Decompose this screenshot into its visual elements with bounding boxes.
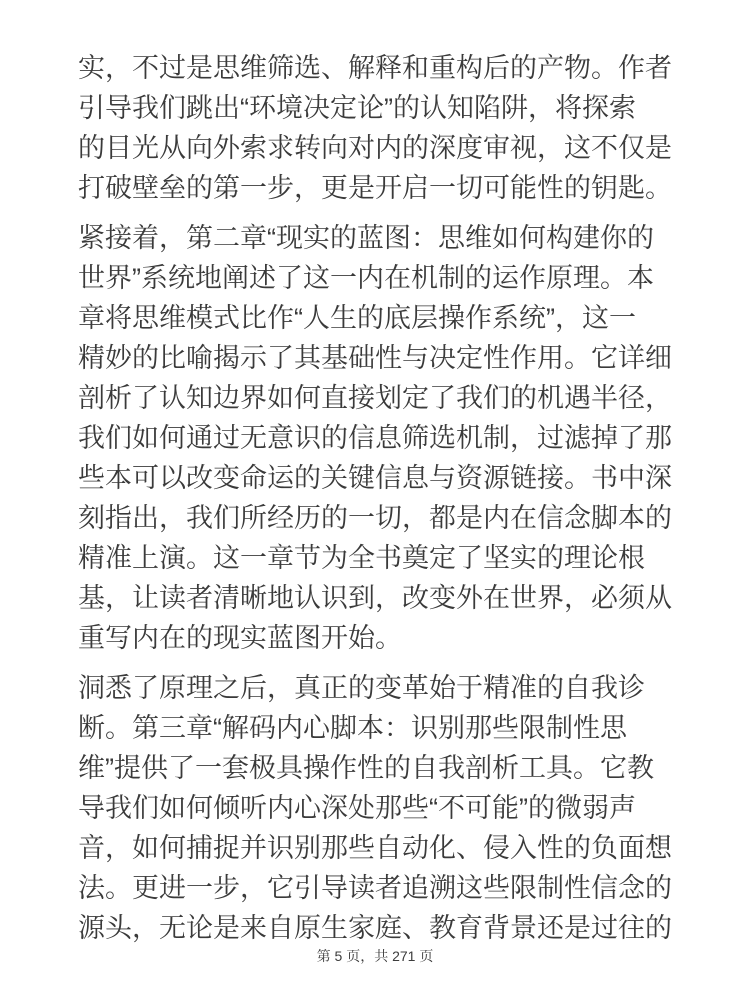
text-line: 法。更进一步，它引导读者追溯这些限制性信念的 <box>78 868 674 908</box>
text-line: 刻指出，我们所经历的一切，都是内在信念脚本的 <box>78 498 674 538</box>
paragraph: 洞悉了原理之后，真正的变革始于精准的自我诊断。第三章“解码内心脚本：识别那些限制… <box>78 668 674 948</box>
text-line: 断。第三章“解码内心脚本：识别那些限制性思 <box>78 708 674 748</box>
text-line: 导我们如何倾听内心深处那些“不可能”的微弱声 <box>78 788 674 828</box>
text-line: 音，如何捕捉并识别那些自动化、侵入性的负面想 <box>78 828 674 868</box>
text-line: 些本可以改变命运的关键信息与资源链接。书中深 <box>78 458 674 498</box>
text-line: 重写内在的现实蓝图开始。 <box>78 618 674 658</box>
text-line: 精准上演。这一章节为全书奠定了坚实的理论根 <box>78 538 674 578</box>
text-line: 源头，无论是来自原生家庭、教育背景还是过往的 <box>78 908 674 948</box>
text-line: 基，让读者清晰地认识到，改变外在世界，必须从 <box>78 578 674 618</box>
text-line: 打破壁垒的第一步，更是开启一切可能性的钥匙。 <box>78 168 674 208</box>
paragraph: 紧接着，第二章“现实的蓝图：思维如何构建你的世界”系统地阐述了这一内在机制的运作… <box>78 218 674 658</box>
text-line: 实，不过是思维筛选、解释和重构后的产物。作者 <box>78 48 674 88</box>
text-line: 剖析了认知边界如何直接划定了我们的机遇半径， <box>78 378 674 418</box>
text-line: 洞悉了原理之后，真正的变革始于精准的自我诊 <box>78 668 674 708</box>
text-line: 维”提供了一套极具操作性的自我剖析工具。它教 <box>78 748 674 788</box>
paragraph: 实，不过是思维筛选、解释和重构后的产物。作者引导我们跳出“环境决定论”的认知陷阱… <box>78 48 674 208</box>
text-line: 引导我们跳出“环境决定论”的认知陷阱，将探索 <box>78 88 674 128</box>
text-line: 紧接着，第二章“现实的蓝图：思维如何构建你的 <box>78 218 674 258</box>
document-body: 实，不过是思维筛选、解释和重构后的产物。作者引导我们跳出“环境决定论”的认知陷阱… <box>78 48 674 958</box>
text-line: 世界”系统地阐述了这一内在机制的运作原理。本 <box>78 258 674 298</box>
text-line: 精妙的比喻揭示了其基础性与决定性作用。它详细 <box>78 338 674 378</box>
text-line: 我们如何通过无意识的信息筛选机制，过滤掉了那 <box>78 418 674 458</box>
document-page: 实，不过是思维筛选、解释和重构后的产物。作者引导我们跳出“环境决定论”的认知陷阱… <box>0 0 750 1000</box>
text-line: 章将思维模式比作“人生的底层操作系统”，这一 <box>78 298 674 338</box>
text-line: 的目光从向外索求转向对内的深度审视，这不仅是 <box>78 128 674 168</box>
page-number-indicator: 第 5 页，共 271 页 <box>0 946 750 966</box>
